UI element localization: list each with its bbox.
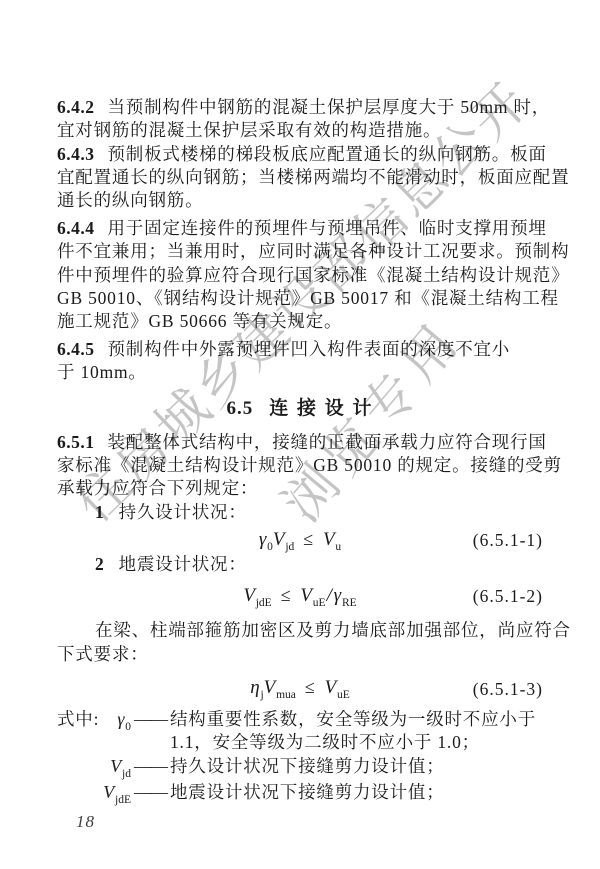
symbol-wrap: γ0 xyxy=(117,708,131,734)
clause-line: 家标准《混凝土结构设计规范》GB 50010 的规定。接缝的受剪 xyxy=(57,454,543,477)
page-number: 18 xyxy=(76,812,95,832)
legend-dash: —— xyxy=(134,708,167,731)
formula-variable: V xyxy=(300,585,312,606)
list-item-1: 1持久设计状况： xyxy=(57,501,543,524)
clause-text: 用于固定连接件的预埋件与预埋吊件、临时支撑用预埋 xyxy=(108,218,547,238)
formula-6-5-1-1: γ0Vjd≤Vu (6.5.1-1) xyxy=(57,527,543,553)
section-number: 6.5 xyxy=(226,398,253,419)
legend-row-vjde: VjdE —— 地震设计状况下接缝剪力设计值； xyxy=(57,781,543,807)
clause-line: 6.4.3预制板式楼梯的梯段板底应配置通长的纵向钢筋。板面 xyxy=(57,143,543,166)
formula-subscript: 0 xyxy=(125,721,131,733)
clause-line: 6.4.5预制构件中外露预埋件凹入构件表面的深度不宜小 xyxy=(57,338,543,361)
less-equal-sign: ≤ xyxy=(305,677,316,697)
formula-variable: V xyxy=(264,677,276,698)
clause-number: 6.4.2 xyxy=(57,97,95,117)
clause-text: 件不宜兼用；当兼用时，应同时满足各种设计工况要求。预制构 xyxy=(57,241,569,261)
equation-number: (6.5.1-2) xyxy=(473,583,543,609)
page-content: 6.4.2当预制构件中钢筋的混凝土保护层厚度大于 50mm 时， 宜对钢筋的混凝… xyxy=(57,96,543,807)
formula-body: VjdE≤VuE/γRE xyxy=(243,582,356,611)
formula-variable: V xyxy=(110,756,122,776)
clause-line: 施工规范》GB 50666 等有关规定。 xyxy=(57,310,543,333)
paragraph-line: 在梁、柱端部箍筋加密区及剪力墙底部加强部位，尚应符合 xyxy=(57,619,543,642)
formula-variable: γ xyxy=(334,585,342,606)
formula-variable: V xyxy=(273,529,285,550)
clause-line: 6.5.1装配整体式结构中，接缝的正截面承载力应符合现行国 xyxy=(57,431,543,454)
formula-subscript: uE xyxy=(313,597,326,609)
legend-row-gamma0: 式中:γ0 —— 结构重要性系数，安全等级为一级时不应小于1.1，安全等级为二级… xyxy=(57,708,543,755)
clause-text: 预制板式楼梯的梯段板底应配置通长的纵向钢筋。板面 xyxy=(108,144,547,164)
clause-text: 宜对钢筋的混凝土保护层采取有效的构造措施。 xyxy=(57,120,441,140)
clause-text: 装配整体式结构中，接缝的正截面承载力应符合现行国 xyxy=(108,432,547,452)
clause-number: 6.4.4 xyxy=(57,218,95,238)
legend-symbol: Vjd xyxy=(57,755,131,781)
formula-variable: V xyxy=(325,677,337,698)
list-item-2: 2地震设计状况： xyxy=(57,553,543,576)
formula-variable: γ xyxy=(259,529,267,550)
legend-dash: —— xyxy=(134,781,167,804)
clause-text: 通长的纵向钢筋。 xyxy=(57,190,203,210)
clause-line: 宜对钢筋的混凝土保护层采取有效的构造措施。 xyxy=(57,119,543,142)
clause-line: 宜配置通长的纵向钢筋；当楼梯两端均不能滑动时，板面应配置 xyxy=(57,166,543,189)
clause-text: 件中预埋件的验算应符合现行国家标准《混凝土结构设计规范》 xyxy=(57,265,569,285)
equation-number: (6.5.1-3) xyxy=(473,676,543,702)
symbol-wrap: VjdE xyxy=(103,781,131,807)
formula-6-5-1-2: VjdE≤VuE/γRE (6.5.1-2) xyxy=(57,583,543,609)
legend-symbol: VjdE xyxy=(57,781,131,807)
formula-variable: V xyxy=(323,529,335,550)
clause-number: 6.4.3 xyxy=(57,144,95,164)
clause-line: 于 10mm。 xyxy=(57,361,543,384)
formula-variable: V xyxy=(103,782,115,802)
formula-6-5-1-3: ηjVmua≤VuE (6.5.1-3) xyxy=(57,676,543,702)
clause-text: 施工规范》GB 50666 等有关规定。 xyxy=(57,311,342,331)
item-text: 地震设计状况： xyxy=(119,554,247,574)
formula-subscript: mua xyxy=(276,689,296,701)
item-text: 持久设计状况： xyxy=(119,502,247,522)
clause-line: 6.4.4用于固定连接件的预埋件与预埋吊件、临时支撑用预埋 xyxy=(57,217,543,240)
formula-variable: V xyxy=(243,585,255,606)
clause-line: GB 50010、《钢结构设计规范》GB 50017 和《混凝土结构工程 xyxy=(57,287,543,310)
clause-text: 于 10mm。 xyxy=(57,362,147,382)
formula-subscript: jdE xyxy=(256,597,272,609)
clause-line: 通长的纵向钢筋。 xyxy=(57,189,543,212)
symbol-legend: 式中:γ0 —— 结构重要性系数，安全等级为一级时不应小于1.1，安全等级为二级… xyxy=(57,708,543,807)
legend-dash: —— xyxy=(134,755,167,778)
clause-text: 承载力应符合下列规定： xyxy=(57,478,258,498)
formula-subscript: jdE xyxy=(115,794,131,806)
clause-text: 当预制构件中钢筋的混凝土保护层厚度大于 50mm 时， xyxy=(108,97,551,117)
division-slash: / xyxy=(327,585,333,606)
formula-body: γ0Vjd≤Vu xyxy=(259,526,341,555)
legend-row-vjd: Vjd —— 持久设计状况下接缝剪力设计值； xyxy=(57,755,543,781)
formula-subscript: RE xyxy=(342,597,357,609)
formula-body: ηjVmua≤VuE xyxy=(250,674,350,703)
formula-subscript: uE xyxy=(337,689,350,701)
legend-prefix: 式中: xyxy=(57,708,99,731)
legend-description: 持久设计状况下接缝剪力设计值； xyxy=(170,755,543,778)
clause-text: 家标准《混凝土结构设计规范》GB 50010 的规定。接缝的受剪 xyxy=(57,455,562,475)
clause-text: 宜配置通长的纵向钢筋；当楼梯两端均不能滑动时，板面应配置 xyxy=(57,167,569,187)
clause-number: 6.5.1 xyxy=(57,432,95,452)
paragraph-line: 下式要求： xyxy=(57,643,543,666)
clause-number: 6.4.5 xyxy=(57,339,95,359)
less-equal-sign: ≤ xyxy=(303,529,314,549)
clause-text: GB 50010、《钢结构设计规范》GB 50017 和《混凝土结构工程 xyxy=(57,288,559,308)
document-page: 住房城乡建设部信息公开 浏览专用 6.4.2当预制构件中钢筋的混凝土保护层厚度大… xyxy=(0,0,600,869)
formula-subscript: u xyxy=(335,541,341,553)
clause-line: 6.4.2当预制构件中钢筋的混凝土保护层厚度大于 50mm 时， xyxy=(57,96,543,119)
formula-variable: η xyxy=(250,677,260,698)
section-heading: 6.5连 接 设 计 xyxy=(57,397,543,420)
clause-line: 件中预埋件的验算应符合现行国家标准《混凝土结构设计规范》 xyxy=(57,264,543,287)
legend-symbol: 式中:γ0 xyxy=(57,708,131,734)
legend-description: 地震设计状况下接缝剪力设计值； xyxy=(170,781,543,804)
equation-number: (6.5.1-1) xyxy=(473,527,543,553)
formula-subscript: jd xyxy=(285,541,294,553)
formula-subscript: jd xyxy=(122,768,131,780)
item-number: 2 xyxy=(95,554,105,574)
symbol-wrap: Vjd xyxy=(110,755,131,781)
formula-subscript: 0 xyxy=(267,541,273,553)
legend-description: 结构重要性系数，安全等级为一级时不应小于1.1，安全等级为二级时不应小于 1.0… xyxy=(170,708,543,755)
clause-line: 承载力应符合下列规定： xyxy=(57,477,543,500)
less-equal-sign: ≤ xyxy=(281,585,292,605)
clause-text: 预制构件中外露预埋件凹入构件表面的深度不宜小 xyxy=(108,339,511,359)
section-title: 连 接 设 计 xyxy=(269,398,373,419)
formula-subscript: j xyxy=(260,689,263,701)
item-number: 1 xyxy=(95,502,105,522)
clause-line: 件不宜兼用；当兼用时，应同时满足各种设计工况要求。预制构 xyxy=(57,240,543,263)
